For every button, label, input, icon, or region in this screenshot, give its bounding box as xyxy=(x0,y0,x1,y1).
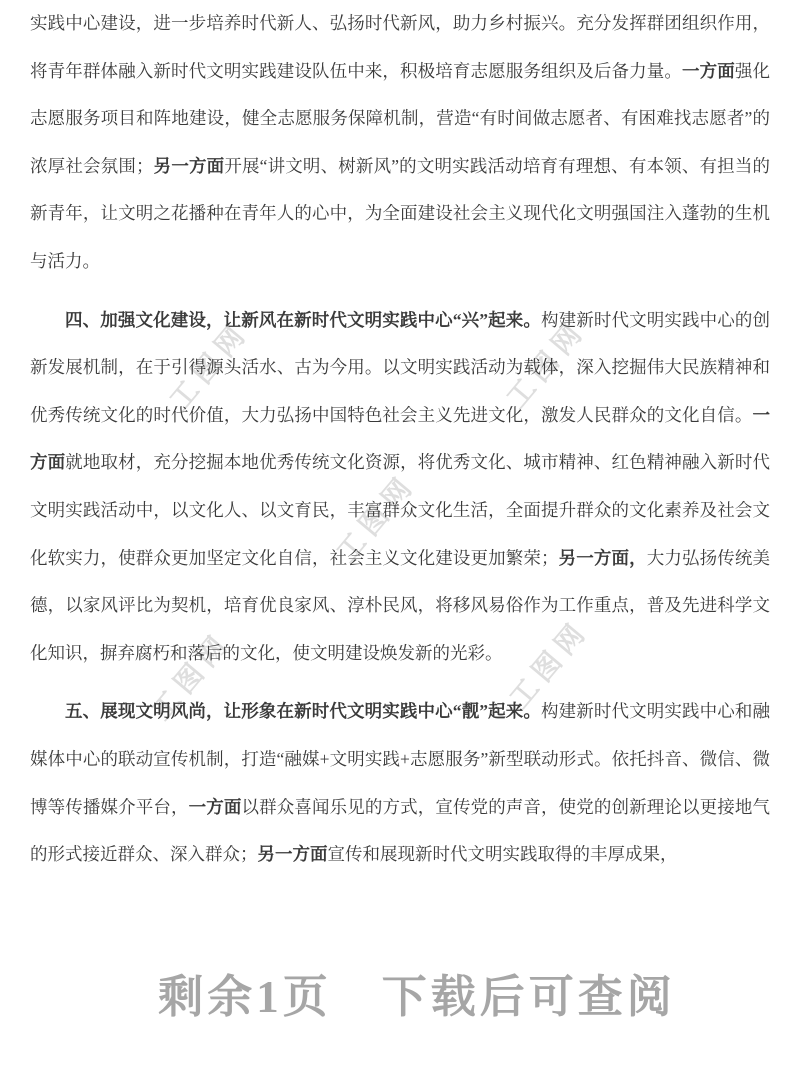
bold-text-run: 四、加强文化建设，让新风在新时代文明实践中心“兴”起来。 xyxy=(65,310,541,330)
paragraph: 四、加强文化建设，让新风在新时代文明实践中心“兴”起来。构建新时代文明实践中心的… xyxy=(30,297,770,678)
bold-text-run: 一方面 xyxy=(189,797,242,817)
text-run: 实践中心建设，进一步培养时代新人、弘扬时代新风，助力乡村振兴。充分发挥群团组织作… xyxy=(30,13,770,81)
bold-text-run: 一方面 xyxy=(682,61,735,81)
download-hint-label: 下载后可查阅 xyxy=(382,972,676,1022)
remaining-pages-notice: 剩余1页下载后可查阅 xyxy=(0,968,800,1026)
bold-text-run: 五、展现文明风尚，让形象在新时代文明实践中心“靓”起来。 xyxy=(65,701,541,721)
bold-text-run: 另一方面， xyxy=(559,548,647,568)
remaining-pages-label: 剩余1页 xyxy=(158,972,332,1022)
bold-text-run: 另一方面 xyxy=(258,844,328,864)
bold-text-run: 另一方面 xyxy=(154,156,225,176)
paragraph: 实践中心建设，进一步培养时代新人、弘扬时代新风，助力乡村振兴。充分发挥群团组织作… xyxy=(30,0,770,286)
text-run: 宣传和展现新时代文明实践取得的丰厚成果， xyxy=(328,844,678,864)
paragraph: 五、展现文明风尚，让形象在新时代文明实践中心“靓”起来。构建新时代文明实践中心和… xyxy=(30,688,770,878)
document-body: 实践中心建设，进一步培养时代新人、弘扬时代新风，助力乡村振兴。充分发挥群团组织作… xyxy=(30,0,770,890)
document-page: 工图网工图网工图网工图网工图网 实践中心建设，进一步培养时代新人、弘扬时代新风，… xyxy=(0,0,800,1077)
